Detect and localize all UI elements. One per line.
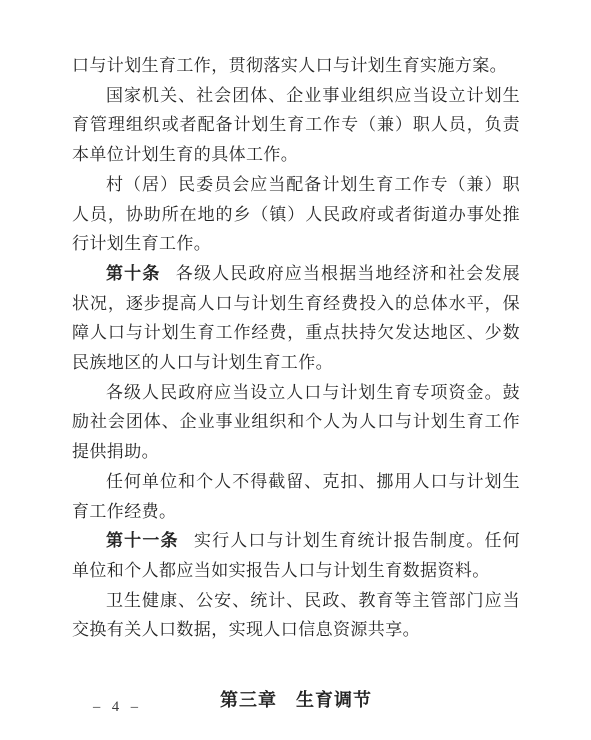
paragraph: 任何单位和个人不得截留、克扣、挪用人口与计划生育工作经费。 — [72, 467, 520, 526]
document-page: 口与计划生育工作，贯彻落实人口与计划生育实施方案。 国家机关、社会团体、企业事业… — [0, 0, 591, 740]
article-number: 第十一条 — [106, 531, 179, 550]
paragraph: 村（居）民委员会应当配备计划生育工作专（兼）职人员，协助所在地的乡（镇）人民政府… — [72, 170, 520, 259]
paragraph-article-10: 第十条各级人民政府应当根据当地经济和社会发展状况，逐步提高人口与计划生育经费投入… — [72, 259, 520, 378]
document-body: 口与计划生育工作，贯彻落实人口与计划生育实施方案。 国家机关、社会团体、企业事业… — [72, 51, 520, 716]
article-number: 第十条 — [106, 264, 160, 283]
page-number: – 4 – — [93, 699, 142, 716]
paragraph-article-11: 第十一条实行人口与计划生育统计报告制度。任何单位和个人都应当如实报告人口与计划生… — [72, 526, 520, 585]
paragraph: 卫生健康、公安、统计、民政、教育等主管部门应当交换有关人口数据，实现人口信息资源… — [72, 586, 520, 645]
paragraph: 各级人民政府应当设立人口与计划生育专项资金。鼓励社会团体、企业事业组织和个人为人… — [72, 378, 520, 467]
paragraph: 国家机关、社会团体、企业事业组织应当设立计划生育管理组织或者配备计划生育工作专（… — [72, 81, 520, 170]
paragraph-continuation: 口与计划生育工作，贯彻落实人口与计划生育实施方案。 — [72, 51, 520, 81]
